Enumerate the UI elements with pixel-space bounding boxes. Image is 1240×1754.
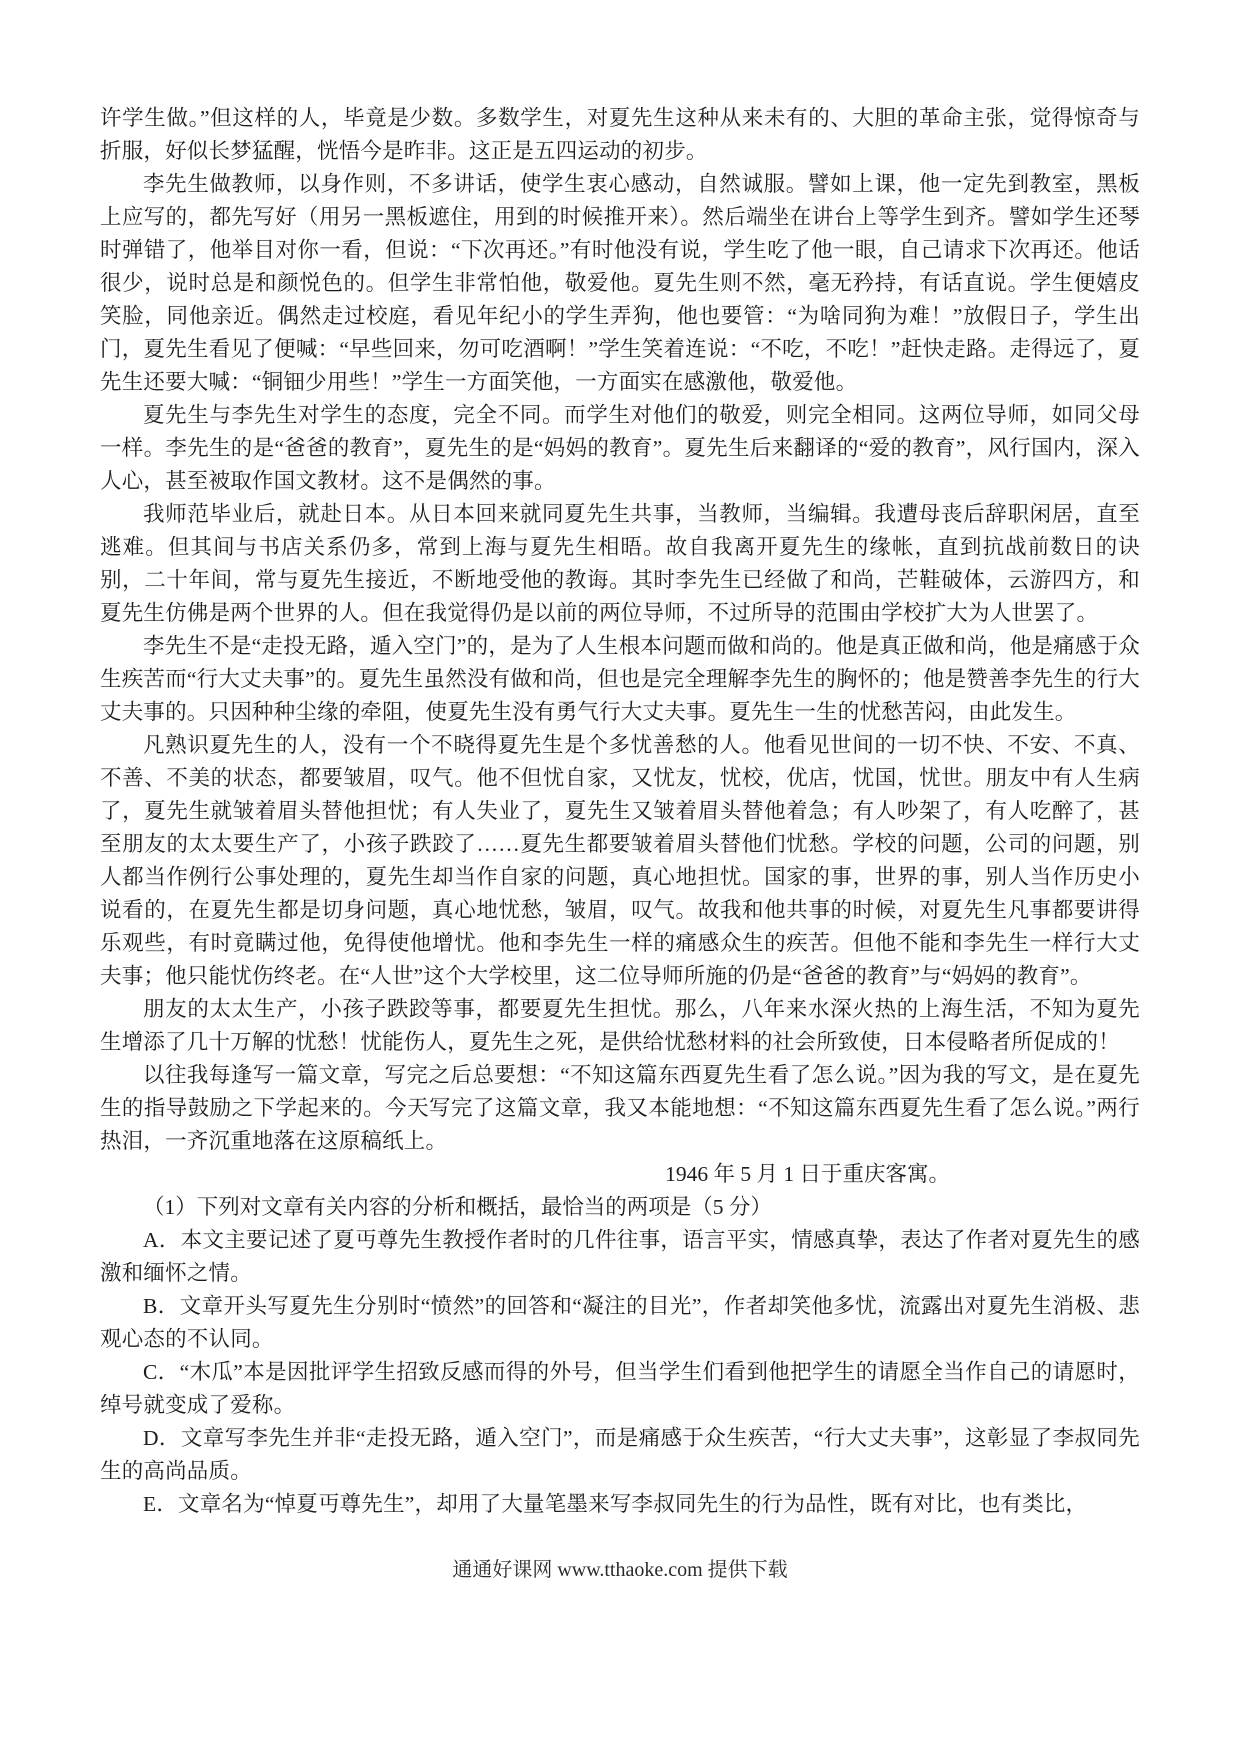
document-page: 许学生做。”但这样的人，毕竟是少数。多数学生，对夏先生这种从来未有的、大胆的革命… <box>0 0 1240 1754</box>
essay-paragraph: 我师范毕业后，就赴日本。从日本回来就同夏先生共事，当教师，当编辑。我遭母丧后辞职… <box>100 498 1140 630</box>
option-item: C．“木瓜”本是因批评学生招致反感而得的外号，但当学生们看到他把学生的请愿全当作… <box>100 1356 1140 1422</box>
options-list: A．本文主要记述了夏丏尊先生教授作者时的几件往事，语言平实，情感真挚，表达了作者… <box>100 1224 1140 1521</box>
option-item: D．文章写李先生并非“走投无路，遁入空门”，而是痛感于众生疾苦，“行大丈夫事”，… <box>100 1422 1140 1488</box>
option-item: B．文章开头写夏先生分别时“愤然”的回答和“凝注的目光”，作者却笑他多忧，流露出… <box>100 1290 1140 1356</box>
question-stem: （1）下列对文章有关内容的分析和概括，最恰当的两项是（5 分） <box>100 1191 1140 1224</box>
dateline: 1946 年 5 月 1 日于重庆客寓。 <box>100 1158 1140 1191</box>
essay-paragraph: 许学生做。”但这样的人，毕竟是少数。多数学生，对夏先生这种从来未有的、大胆的革命… <box>100 102 1140 168</box>
essay-paragraph: 李先生做教师，以身作则，不多讲话，使学生衷心感动，自然诚服。譬如上课，他一定先到… <box>100 168 1140 399</box>
option-item: A．本文主要记述了夏丏尊先生教授作者时的几件往事，语言平实，情感真挚，表达了作者… <box>100 1224 1140 1290</box>
essay-paragraph: 夏先生与李先生对学生的态度，完全不同。而学生对他们的敬爱，则完全相同。这两位导师… <box>100 399 1140 498</box>
essay-paragraph: 朋友的太太生产，小孩子跌跤等事，都要夏先生担忧。那么，八年来水深火热的上海生活，… <box>100 993 1140 1059</box>
essay-paragraph: 凡熟识夏先生的人，没有一个不晓得夏先生是个多忧善愁的人。他看见世间的一切不快、不… <box>100 729 1140 993</box>
essay-paragraph: 李先生不是“走投无路，遁入空门”的，是为了人生根本问题而做和尚的。他是真正做和尚… <box>100 630 1140 729</box>
essay-body: 许学生做。”但这样的人，毕竟是少数。多数学生，对夏先生这种从来未有的、大胆的革命… <box>100 102 1140 1158</box>
essay-paragraph: 以往我每逢写一篇文章，写完之后总要想：“不知这篇东西夏先生看了怎么说。”因为我的… <box>100 1059 1140 1158</box>
page-content: 许学生做。”但这样的人，毕竟是少数。多数学生，对夏先生这种从来未有的、大胆的革命… <box>100 102 1140 1585</box>
page-footer: 通通好课网 www.tthaoke.com 提供下载 <box>100 1555 1140 1585</box>
option-item: E．文章名为“悼夏丏尊先生”，却用了大量笔墨来写李叔同先生的行为品性，既有对比，… <box>100 1488 1140 1521</box>
